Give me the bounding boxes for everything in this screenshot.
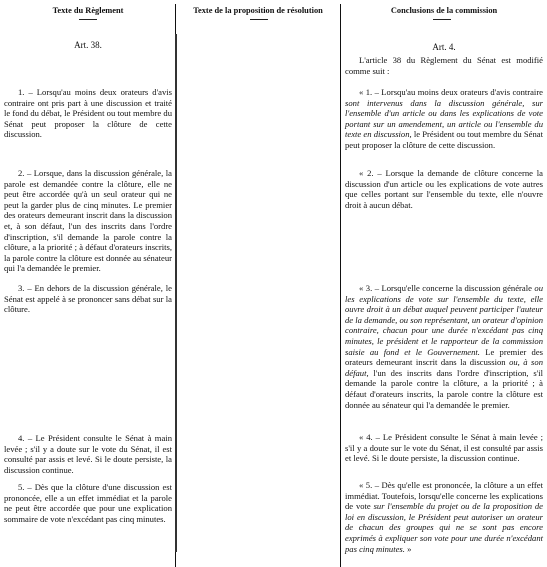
column-divider-right (340, 4, 341, 567)
paragraph-text: 4. – Le Président consulte le Sénat à ma… (4, 433, 172, 475)
column-divider-left (175, 34, 177, 552)
paragraph-1: 1. – Lorsqu'au moins deux orateurs d'avi… (4, 87, 172, 140)
header-underline (79, 19, 97, 20)
article-number: Art. 4. (345, 42, 543, 53)
column-proposition: Texte de la proposition de résolution (180, 0, 336, 567)
column-header-reglement: Texte du Règlement (4, 6, 172, 17)
header-underline (433, 19, 451, 20)
paragraph-5: « 5. – Dès qu'elle est prononcée, la clô… (345, 480, 543, 554)
text-regular: » (405, 544, 411, 554)
column-header-conclusions: Conclusions de la commission (345, 6, 543, 17)
paragraph-2: « 2. – Lorsque la demande de clôture con… (345, 168, 543, 210)
paragraph-text: 1. – Lorsqu'au moins deux orateurs d'avi… (4, 87, 172, 139)
intro-paragraph: L'article 38 du Règlement du Sénat est m… (345, 55, 543, 76)
header-underline (250, 19, 268, 20)
paragraph-3: 3. – En dehors de la discussion générale… (4, 283, 172, 315)
text-italic-amendment: sur l'ensemble du projet ou de la propos… (345, 501, 543, 553)
paragraph-text: « 4. – Le Président consulte le Sénat à … (345, 432, 543, 463)
paragraph-text: L'article 38 du Règlement du Sénat est m… (345, 55, 543, 76)
paragraph-3: « 3. – Lorsqu'elle concerne la discussio… (345, 283, 543, 410)
paragraph-text: « 2. – Lorsque la demande de clôture con… (345, 168, 543, 210)
article-number: Art. 38. (4, 40, 172, 51)
text-regular: « 3. – Lorsqu'elle concerne la discussio… (359, 283, 534, 293)
text-regular: l'un des inscrits dans l'ordre d'inscrip… (345, 368, 543, 410)
column-conclusions: Conclusions de la commission Art. 4. L'a… (345, 0, 543, 567)
column-header-proposition: Texte de la proposition de résolution (180, 6, 336, 17)
paragraph-4: « 4. – Le Président consulte le Sénat à … (345, 432, 543, 464)
paragraph-text: 3. – En dehors de la discussion générale… (4, 283, 172, 314)
paragraph-text: 5. – Dès que la clôture d'une discussion… (4, 482, 172, 524)
column-reglement: Texte du Règlement Art. 38. 1. – Lorsqu'… (4, 0, 172, 567)
paragraph-text: 2. – Lorsque, dans la discussion général… (4, 168, 172, 273)
text-regular: « 1. – Lorsqu'au moins deux orateurs d'a… (359, 87, 543, 97)
paragraph-2: 2. – Lorsque, dans la discussion général… (4, 168, 172, 274)
column-divider-left-top (175, 4, 176, 34)
paragraph-4: 4. – Le Président consulte le Sénat à ma… (4, 433, 172, 475)
paragraph-5: 5. – Dès que la clôture d'une discussion… (4, 482, 172, 524)
column-divider-left-bottom (175, 552, 176, 567)
paragraph-1: « 1. – Lorsqu'au moins deux orateurs d'a… (345, 87, 543, 151)
